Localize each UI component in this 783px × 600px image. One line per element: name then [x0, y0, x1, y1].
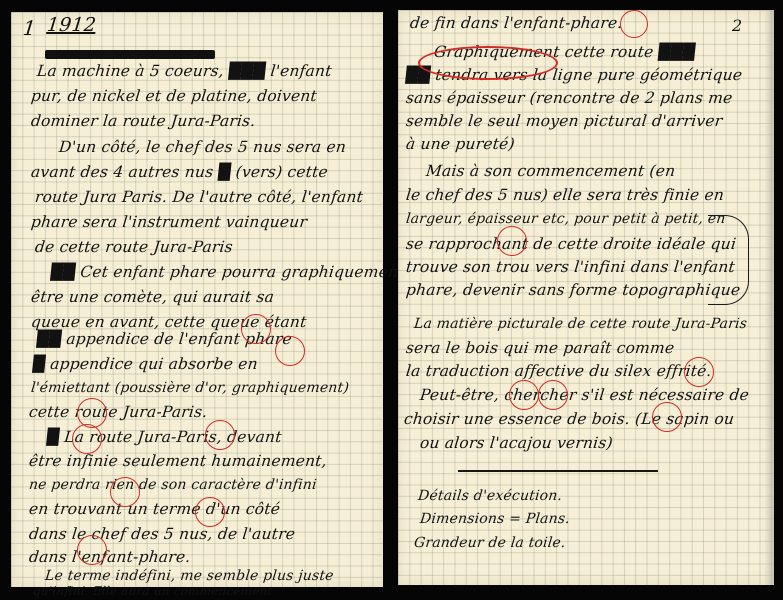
text-line: ou alors l'acajou vernis) — [419, 434, 614, 452]
text-line: ne perdra rien de son caractère d'infini — [28, 477, 317, 493]
text-line: pur, de nickel et de platine, doivent — [30, 87, 318, 105]
page-number: 2 — [732, 16, 742, 35]
text-line: █ La route Jura-Paris, devant — [46, 428, 283, 446]
text-line: trouve son trou vers l'infini dans l'enf… — [405, 258, 736, 276]
text-line: la traduction affective du silex effrité… — [405, 362, 713, 380]
text-line: ██ Cet enfant phare pourra graphiquement — [50, 263, 406, 281]
text-line: phare, devenir sans forme topographique — [405, 281, 741, 299]
text-line: dans l'enfant-phare. — [28, 548, 191, 566]
text-line: █ appendice qui absorbe en — [32, 355, 259, 373]
footer-note: Dimensions = Plans. — [419, 511, 571, 527]
manuscript-page-1: 1 1912 La machine à 5 coeurs, ███ l'enfa… — [11, 12, 383, 587]
text-line: de fin dans l'enfant-phare. — [409, 14, 623, 32]
text-line: largeur, épaisseur etc, pour petit à pet… — [405, 211, 726, 227]
text-line: route Jura Paris. De l'autre côté, l'enf… — [34, 188, 364, 206]
text-line: sera le bois qui me paraît comme — [405, 339, 675, 357]
text-line: choisir une essence de bois. (Le sapin o… — [403, 410, 735, 428]
text-line: Peut-être, chercher s'il est nécessaire … — [419, 386, 750, 404]
text-line: à une pureté) — [405, 135, 516, 153]
text-line: se rapprochant de cette droite idéale qu… — [405, 235, 737, 253]
separator-rule — [458, 470, 658, 472]
annotation-circle — [620, 10, 648, 38]
text-line: cette route Jura-Paris. — [28, 403, 208, 421]
text-line: de cette route Jura-Paris — [34, 238, 234, 256]
footer-note: Détails d'exécution. — [417, 488, 563, 504]
text-line: ██ appendice de l'enfant phare — [36, 330, 293, 348]
text-line: être une comète, qui aurait sa — [30, 288, 275, 306]
text-line: sans épaisseur (rencontre de 2 plans me — [405, 89, 733, 107]
text-line: La matière picturale de cette route Jura… — [413, 316, 748, 332]
footer-note: Grandeur de la toile. — [413, 535, 566, 551]
text-line: D'un côté, le chef des 5 nus sera en — [58, 138, 347, 156]
manuscript-page-2: 2 de fin dans l'enfant-phare. Graphiquem… — [398, 10, 774, 585]
text-line: le chef des 5 nus) elle sera très finie … — [405, 186, 725, 204]
text-line: être infinie seulement humainement, — [28, 452, 328, 470]
text-line: queue en avant, cette queue étant — [30, 313, 307, 331]
text-line: qu'infini. Elle aura un commencement — [32, 584, 273, 598]
text-line: La machine à 5 coeurs, ███ l'enfant — [36, 62, 333, 80]
text-line: Mais à son commencement (en — [425, 162, 676, 180]
crossed-out-heading — [45, 50, 215, 59]
text-line: Le terme indéfini, me semble plus juste — [44, 568, 334, 584]
text-line: avant des 4 autres nus █ (vers) cette — [30, 163, 329, 181]
text-line: en trouvant un terme d'un côté — [28, 500, 281, 518]
text-line: semble le seul moyen pictural d'arriver — [405, 112, 723, 130]
text-line: phare sera l'instrument vainqueur — [30, 213, 308, 231]
text-line: l'émiettant (poussière d'or, graphiqueme… — [30, 380, 350, 396]
year-heading: 1912 — [46, 14, 97, 36]
margin-bracket — [708, 215, 749, 305]
page-marker: 1 — [22, 16, 37, 40]
text-line: dans le chef des 5 nus, de l'autre — [28, 525, 296, 543]
annotation-ellipse — [418, 46, 558, 80]
text-line: dominer la route Jura-Paris. — [30, 112, 256, 130]
